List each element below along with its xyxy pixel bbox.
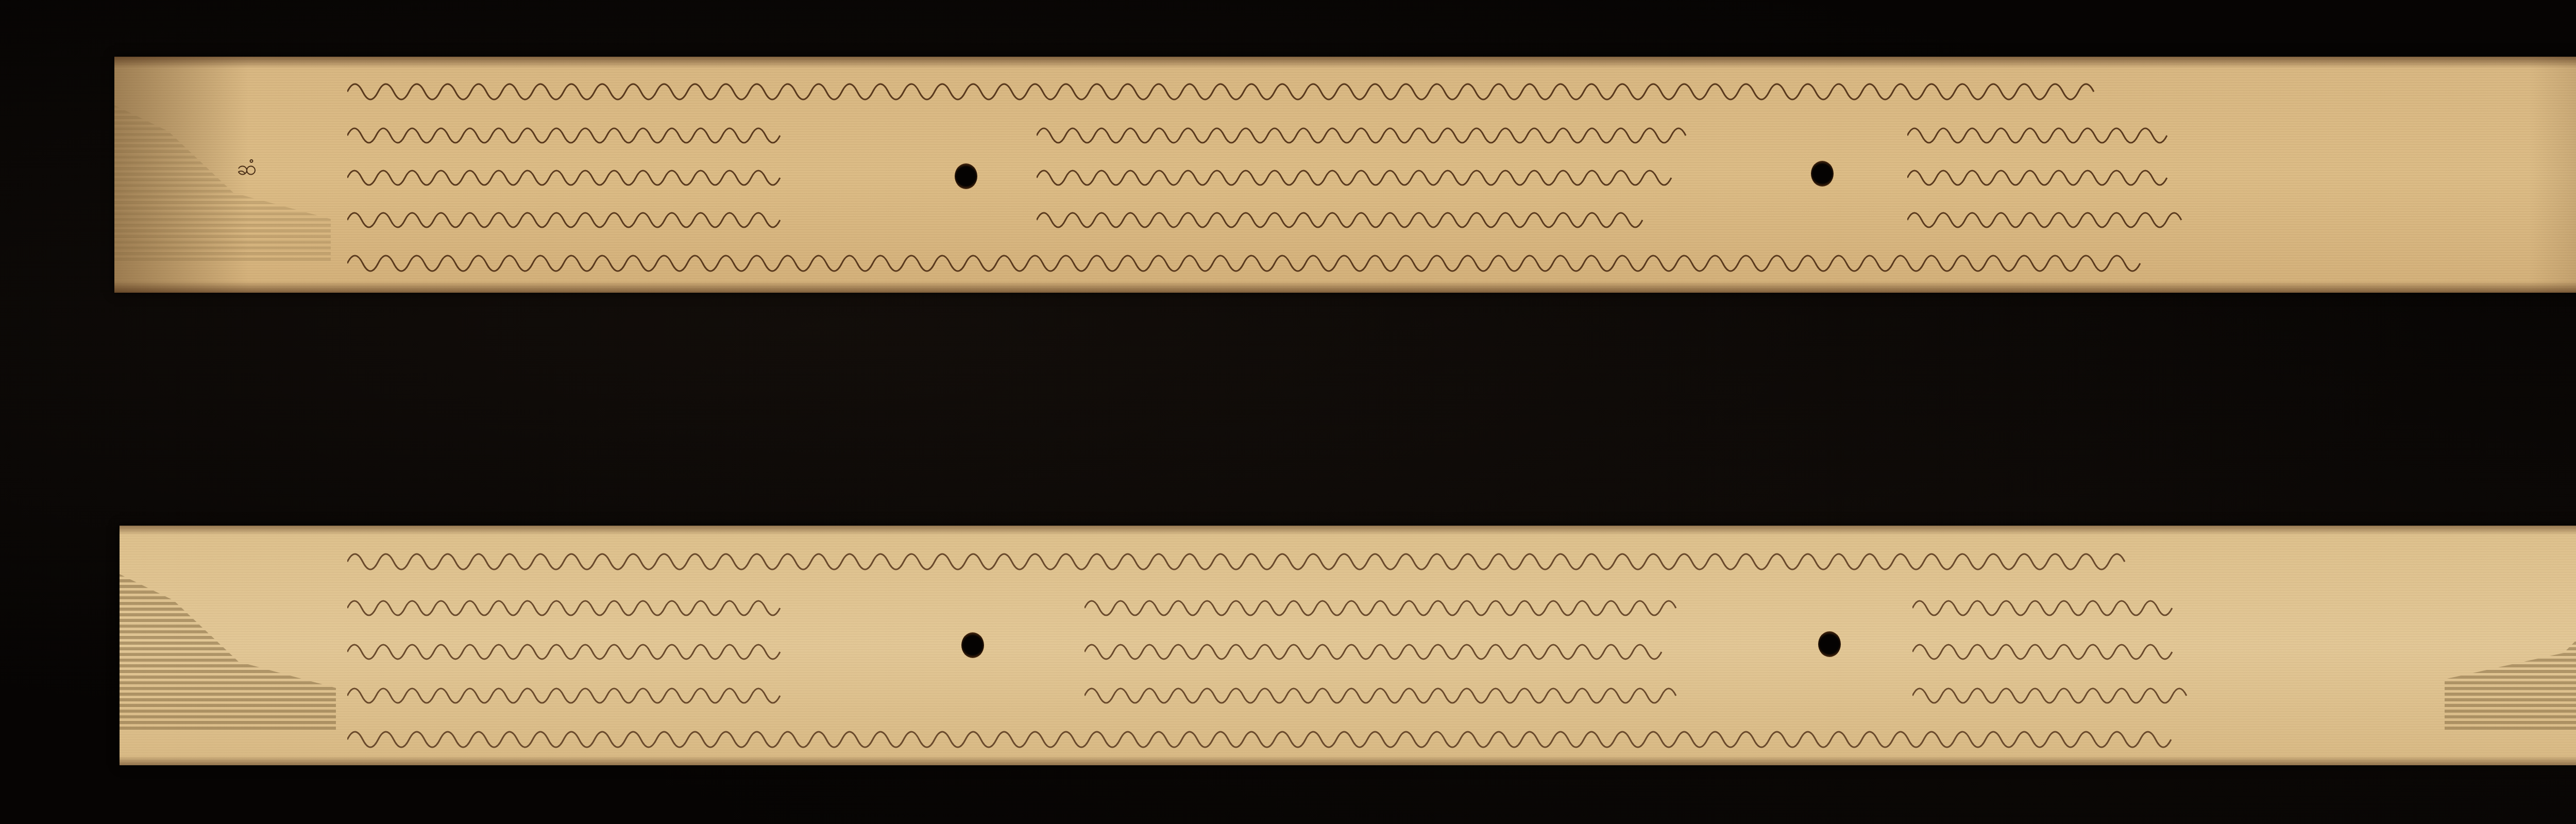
script-line-3-left <box>347 155 790 196</box>
script-line-4-middle <box>1037 197 1655 238</box>
script-line-2-right <box>1907 112 2180 154</box>
script-line-1 <box>347 66 2166 107</box>
script-line-4-right <box>1907 197 2185 238</box>
binding-hole-left <box>955 163 977 189</box>
script-line-2-middle <box>1037 112 1696 154</box>
script-line-4-right <box>1912 672 2191 714</box>
script-line-5 <box>347 240 2192 281</box>
script-line-3-middle <box>1037 155 1681 196</box>
binding-hole-right <box>1818 631 1841 657</box>
script-line-2-left <box>347 112 790 154</box>
script-line-3-middle <box>1084 629 1667 670</box>
script-line-4-left <box>347 197 790 238</box>
leaf-stain-left <box>114 88 331 263</box>
leaf-stain-left <box>120 557 336 732</box>
script-line-1 <box>347 539 2181 580</box>
script-line-4-middle <box>1084 672 1682 714</box>
palm-leaf-bottom <box>120 526 2576 765</box>
script-line-2-left <box>347 585 785 626</box>
script-line-3-right <box>1912 629 2185 670</box>
leaf-number-marker: ဆံ <box>237 155 257 185</box>
binding-hole-right <box>1811 161 1834 187</box>
script-line-2-middle <box>1084 585 1677 626</box>
script-line-3-right <box>1907 155 2180 196</box>
binding-hole-left <box>961 632 984 658</box>
palm-leaf-top: ဆံ <box>114 57 2576 293</box>
script-line-4-left <box>347 672 785 714</box>
script-line-5 <box>347 716 2181 758</box>
leaf-stain-right <box>2445 557 2576 732</box>
script-line-2-right <box>1912 585 2180 626</box>
script-line-3-left <box>347 629 785 670</box>
